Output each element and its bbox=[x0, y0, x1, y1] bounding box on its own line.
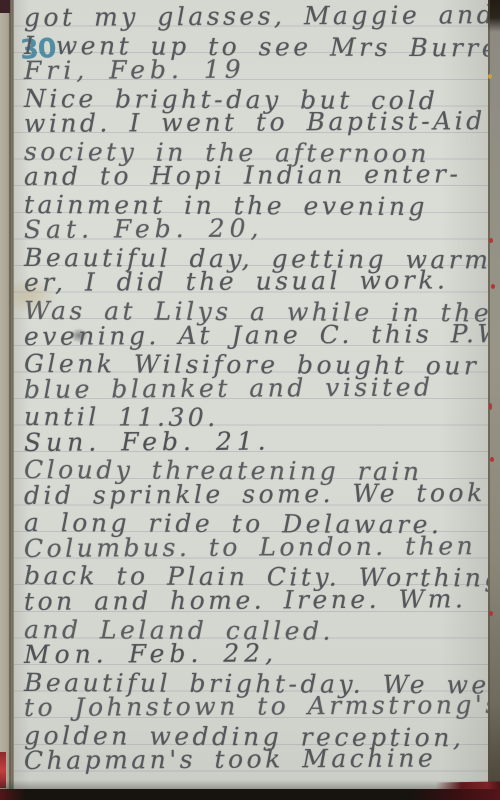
right-fore-edge bbox=[488, 0, 500, 800]
diary-line: er, I did the usual work. bbox=[24, 267, 488, 296]
diary-line: blue blanket and visited bbox=[24, 373, 488, 402]
handwritten-text: got my glasses, Maggie and I went up to … bbox=[24, 4, 488, 774]
red-edge-speck bbox=[489, 611, 493, 616]
red-edge-speck bbox=[490, 457, 494, 462]
diary-line: ton and home. Irene. Wm. bbox=[24, 585, 488, 614]
diary-date-line: Mon. Feb. 22, bbox=[24, 638, 488, 667]
red-edge-speck bbox=[489, 238, 493, 243]
diary-line: wind. I went to Baptist-Aid bbox=[24, 107, 488, 136]
top-left-cover-corner bbox=[0, 0, 10, 13]
diary-date-line: Sat. Feb. 20, bbox=[24, 214, 488, 243]
diary-page-scan: 30 got my glasses, Maggie and I went up … bbox=[0, 0, 500, 800]
bottom-book-edge bbox=[0, 789, 500, 800]
bottom-page-shadow bbox=[0, 780, 500, 789]
yellow-edge-speck bbox=[488, 74, 492, 79]
diary-line: got my glasses, Maggie and bbox=[24, 1, 488, 30]
red-edge-speck bbox=[489, 403, 492, 410]
diary-date-line: Sun. Feb. 21. bbox=[24, 426, 488, 455]
diary-line: to Johnstown to Armstrong's bbox=[24, 691, 488, 720]
red-edge-speck bbox=[491, 284, 495, 289]
diary-line: Columbus. to London. then bbox=[24, 532, 488, 561]
diary-line: evening. At Jane C. this P.W. bbox=[24, 320, 488, 349]
diary-line: did sprinkle some. We took bbox=[24, 479, 488, 508]
left-binding-edge bbox=[0, 0, 14, 800]
paper-page: 30 got my glasses, Maggie and I went up … bbox=[14, 0, 488, 800]
diary-line: and to Hopi Indian enter- bbox=[24, 160, 488, 189]
diary-date-line: Fri, Feb. 19 bbox=[24, 54, 488, 83]
diary-line: Chapman's took Machine bbox=[24, 744, 488, 773]
